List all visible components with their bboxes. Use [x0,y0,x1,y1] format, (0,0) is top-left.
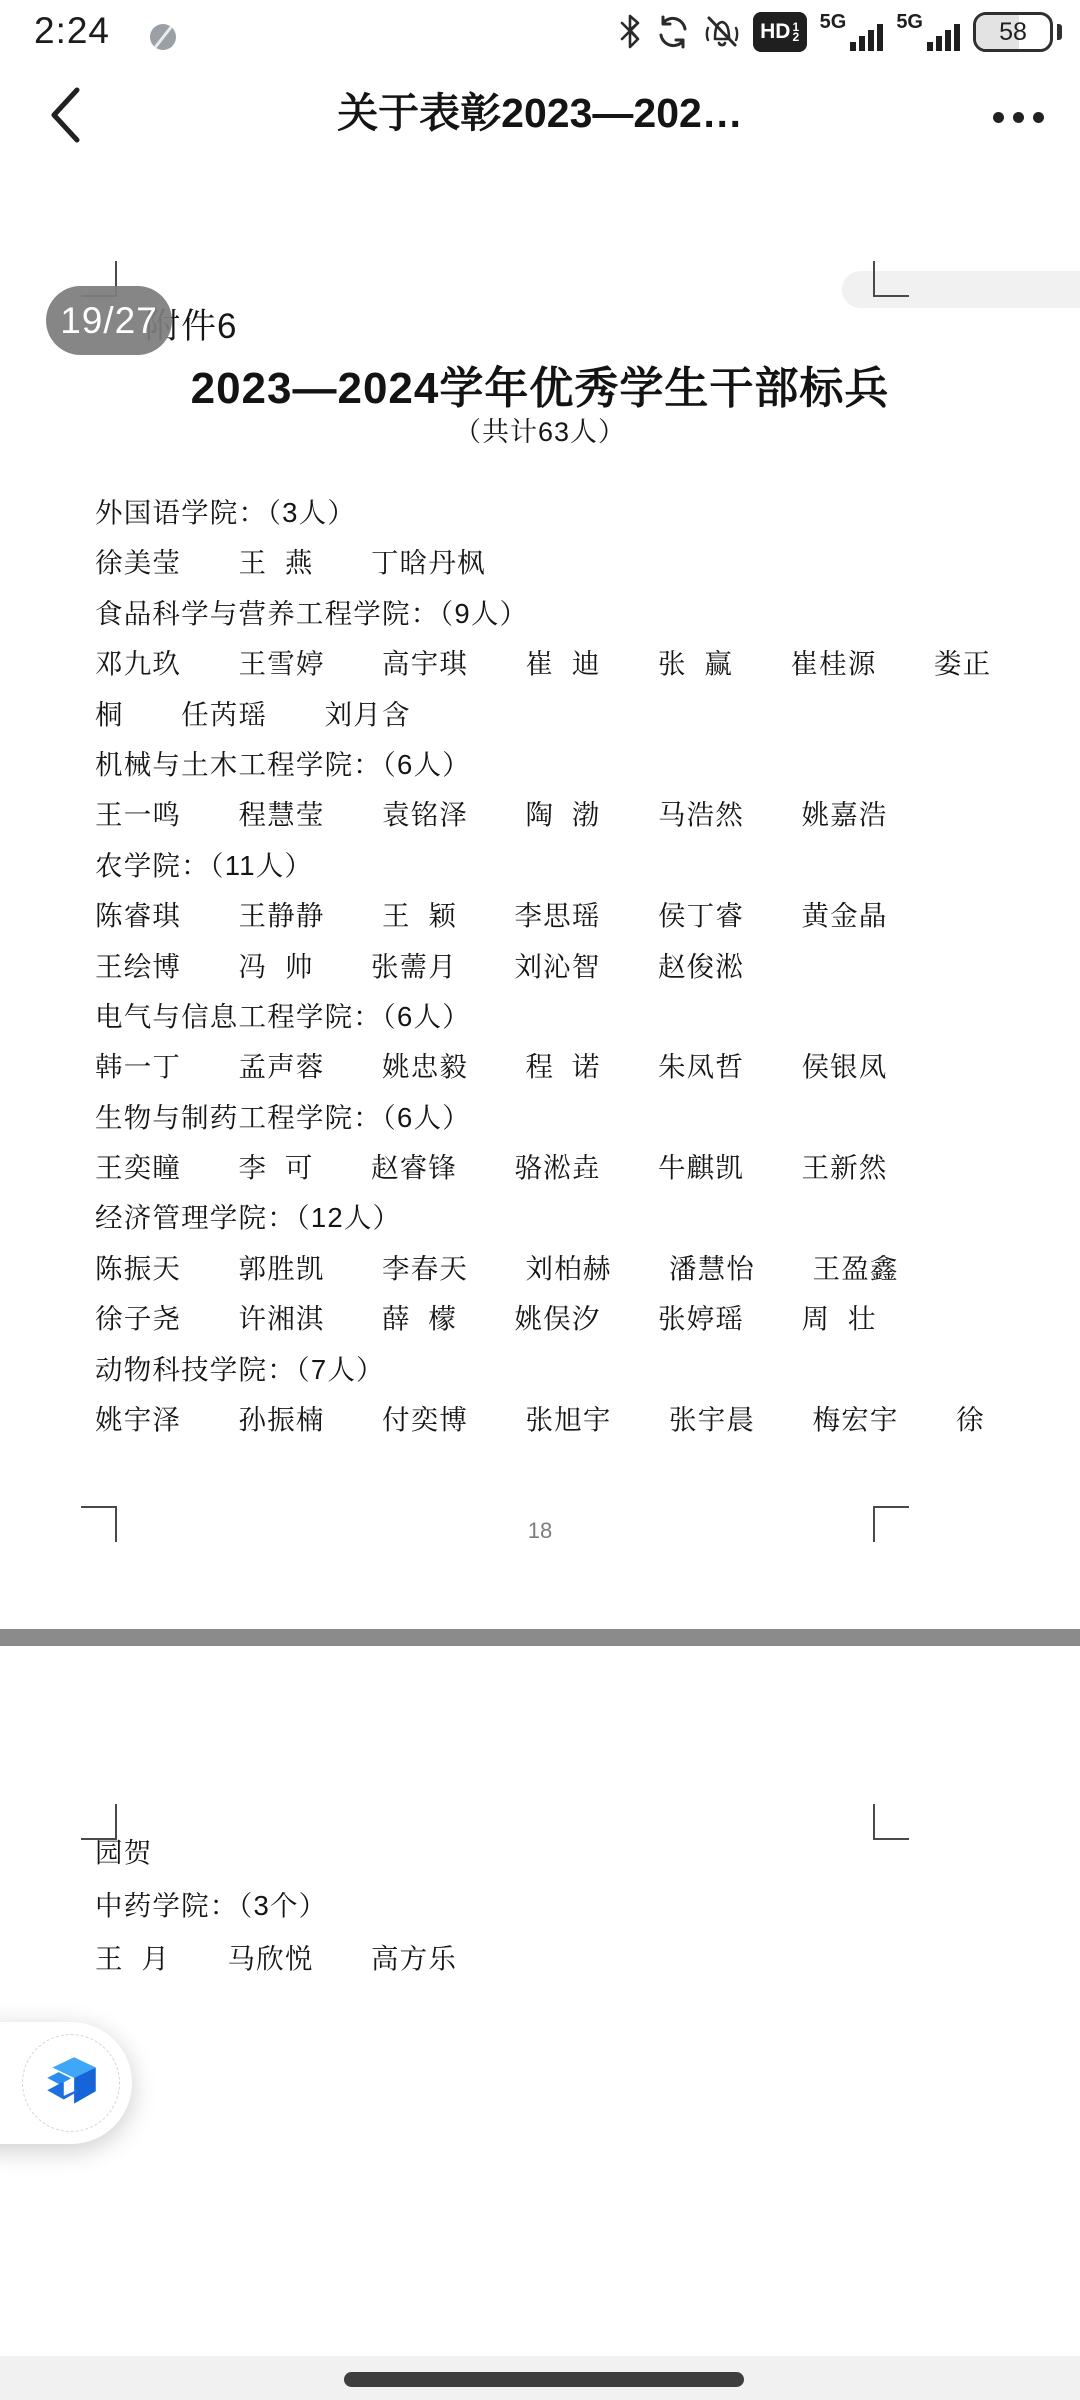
doc-line: 王绘博 冯 帅 张薷月 刘沁智 赵俊淞 [95,942,995,992]
page-footer-number: 18 [0,1518,1080,1544]
status-misc-icon [150,24,176,50]
signal-sim1: 5G [820,12,884,52]
doc-line: 生物与制药工程学院：（6人） [95,1093,995,1143]
doc-line: 王 月 马欣悦 高方乐 [95,1932,995,1985]
sync-icon [655,14,691,50]
battery-indicator: 58 [973,12,1053,52]
status-icons: HD 1 2 5G 5G [618,10,1062,54]
doc-line: 食品科学与营养工程学院：（9人） [95,589,995,639]
menu-dot-icon [1033,112,1044,123]
signal-sim2: 5G [896,12,960,52]
hd-voice-badge: HD 1 2 [753,12,807,52]
back-button[interactable] [30,70,100,160]
doc-line: 外国语学院：（3人） [95,488,995,538]
home-indicator[interactable] [344,2372,744,2387]
page-divider [0,1629,1080,1646]
cube-layers-icon [38,2050,104,2116]
status-bar: 2:24 HD 1 2 [0,0,1080,62]
screen: 2:24 HD 1 2 [0,0,1080,2400]
doc-heading: 2023—2024学年优秀学生干部标兵 [0,352,1080,416]
doc-line: 园贺 [95,1826,995,1879]
doc-subheading: （共计63人） [0,410,1080,449]
doc-line: 电气与信息工程学院：（6人） [95,992,995,1042]
battery-nub [1057,24,1062,40]
doc-line: 徐美莹 王 燕 丁晗丹枫 [95,538,995,588]
bubble-ring [22,2034,120,2132]
menu-dot-icon [993,112,1004,123]
more-menu-button[interactable] [978,82,1058,152]
doc-line: 韩一丁 孟声蓉 姚忠毅 程 诺 朱凤哲 侯银凤 [95,1042,995,1092]
mute-vibrate-icon [704,14,740,50]
doc-line: 王奕瞳 李 可 赵睿锋 骆淞垚 牛麒凯 王新然 [95,1143,995,1193]
doc-line: 经济管理学院：（12人） [95,1193,995,1243]
doc-line: 姚宇泽 孙振楠 付奕博 张旭宇 张宇晨 梅宏宇 徐 [95,1395,995,1445]
doc-line: 动物科技学院：（7人） [95,1345,995,1395]
app-header: 关于表彰2023—202… [0,62,1080,172]
page-position-badge: 19/27 [46,286,172,355]
doc-line: 陈睿琪 王静静 王 颖 李思瑶 侯丁睿 黄金晶 [95,891,995,941]
status-time: 2:24 [34,10,110,52]
signal-bars-icon [849,18,883,52]
page2-body: 园贺 中药学院：（3个） 王 月 马欣悦 高方乐 [95,1826,995,1985]
page1-body: 外国语学院：（3人） 徐美莹 王 燕 丁晗丹枫 食品科学与营养工程学院：（9人）… [95,488,995,1445]
doc-line: 陈振天 郭胜凯 李春天 刘柏赫 潘慧怡 王盈鑫 [95,1244,995,1294]
doc-line: 桐 任芮瑶 刘月含 [95,690,995,740]
floating-app-bubble[interactable] [0,2022,132,2144]
doc-line: 农学院：（11人） [95,841,995,891]
doc-line: 机械与土木工程学院：（6人） [95,740,995,790]
doc-line: 徐子尧 许湘淇 薛 檬 姚俣汐 张婷瑶 周 壮 [95,1294,995,1344]
doc-line: 邓九玖 王雪婷 高宇琪 崔 迪 张 赢 崔桂源 娄正 [95,639,995,689]
signal-bars-icon [926,18,960,52]
back-chevron-icon [48,86,82,144]
bluetooth-icon [618,14,642,50]
gesture-navigation-area [0,2356,1080,2400]
crop-mark-icon [873,261,909,297]
doc-line: 中药学院：（3个） [95,1879,995,1932]
document-title: 关于表彰2023—202… [120,80,960,139]
menu-dot-icon [1013,112,1024,123]
doc-line: 王一鸣 程慧莹 袁铭泽 陶 渤 马浩然 姚嘉浩 [95,790,995,840]
